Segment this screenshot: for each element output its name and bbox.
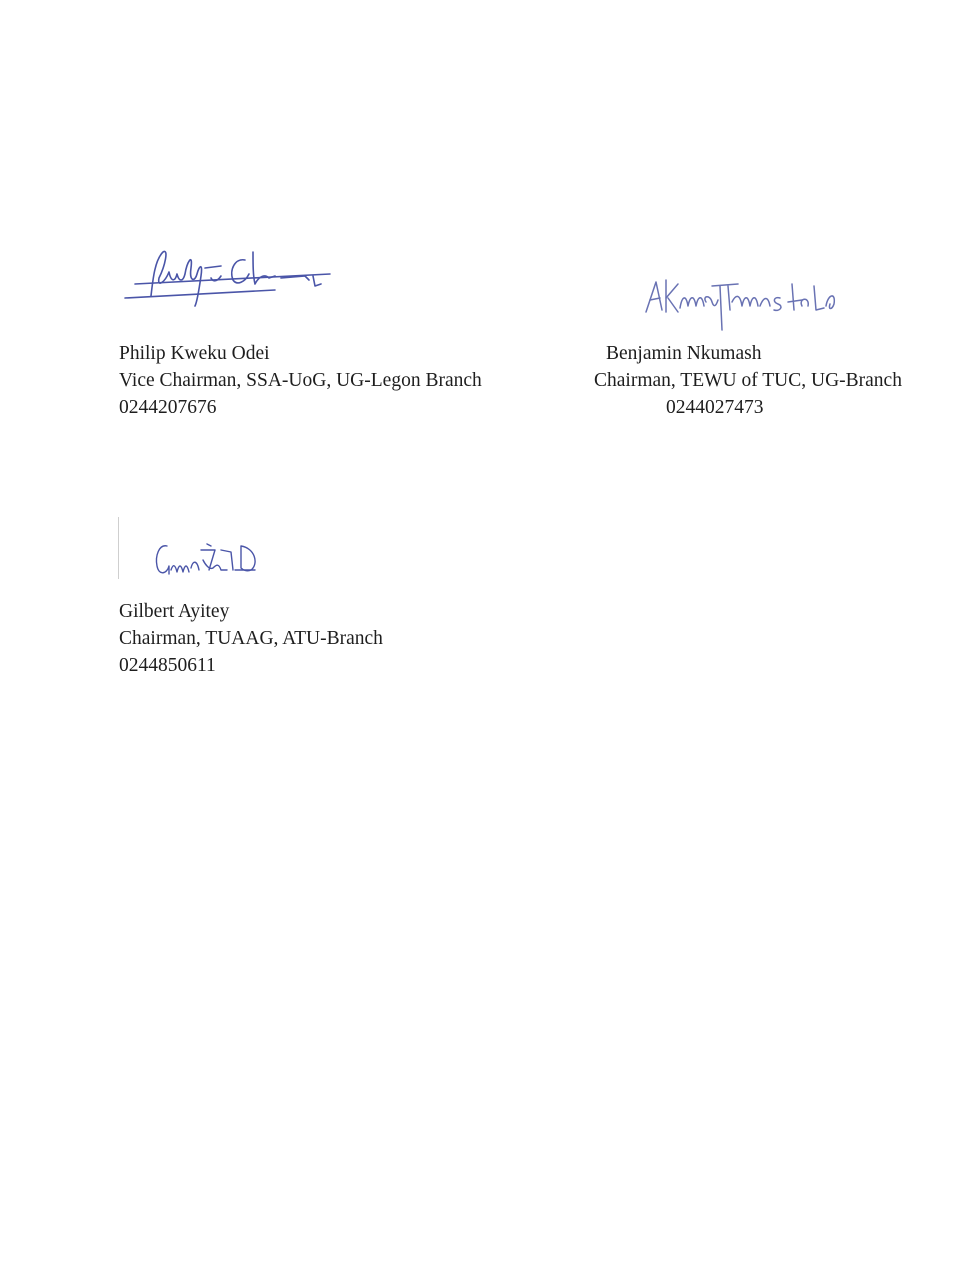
signatory-phone: 0244027473 — [594, 394, 942, 421]
signatory-block-2: Benjamin Nkumash Chairman, TEWU of TUC, … — [594, 340, 942, 421]
signature-benjamin-nkumash — [642, 272, 842, 334]
margin-line — [118, 517, 119, 579]
signatory-phone: 0244207676 — [119, 394, 482, 421]
signatory-phone: 0244850611 — [119, 652, 383, 679]
signatory-name: Philip Kweku Odei — [119, 340, 482, 367]
signature-philip-odei — [125, 238, 340, 308]
signatory-block-1: Philip Kweku Odei Vice Chairman, SSA-UoG… — [119, 340, 482, 421]
signatory-title: Vice Chairman, SSA-UoG, UG-Legon Branch — [119, 367, 482, 394]
signatory-name: Benjamin Nkumash — [594, 340, 942, 367]
signatory-name: Gilbert Ayitey — [119, 598, 383, 625]
signatory-title: Chairman, TUAAG, ATU-Branch — [119, 625, 383, 652]
signatory-title: Chairman, TEWU of TUC, UG-Branch — [594, 367, 942, 394]
signatory-block-3: Gilbert Ayitey Chairman, TUAAG, ATU-Bran… — [119, 598, 383, 679]
signature-gilbert-ayitey — [155, 540, 255, 584]
